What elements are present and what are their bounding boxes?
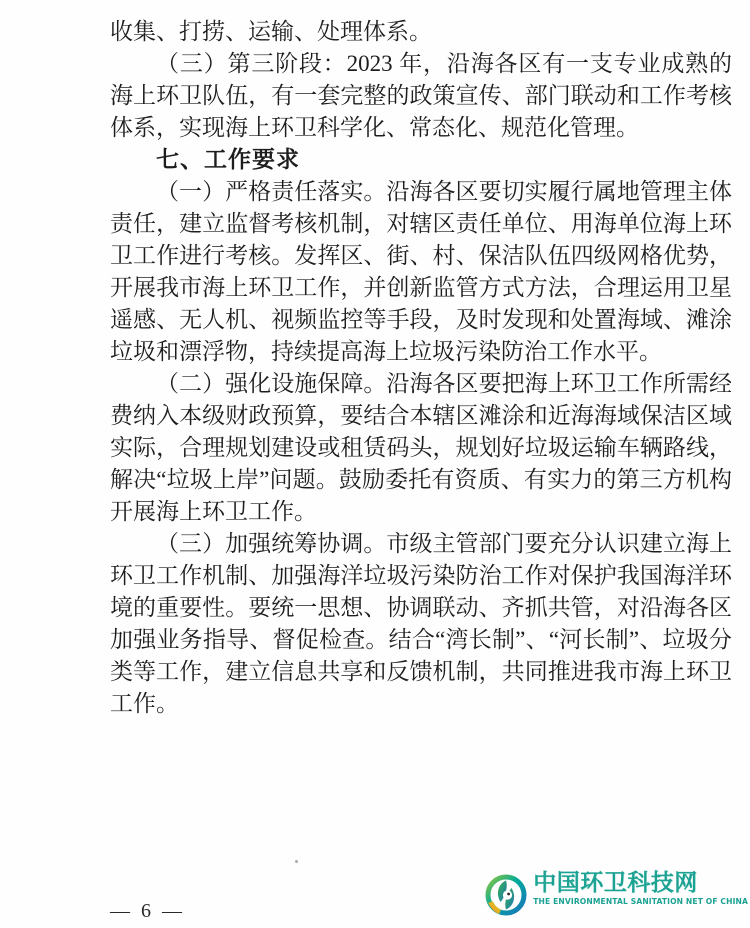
document-page: 收集、打捞、运输、处理体系。 （三）第三阶段：2023 年，沿海各区有一支专业成…	[0, 0, 750, 928]
logo-text-block: 中国环卫科技网 THE ENVIRONMENTAL SANITATION NET…	[533, 870, 748, 907]
logo-title-chinese: 中国环卫科技网	[533, 870, 748, 896]
scan-artifact-speck	[295, 860, 298, 863]
document-body: 收集、打捞、运输、处理体系。 （三）第三阶段：2023 年，沿海各区有一支专业成…	[110, 16, 732, 720]
paragraph-item-two: （二）强化设施保障。沿海各区要把海上环卫工作所需经费纳入本级财政预算，要结合本辖…	[110, 368, 732, 528]
paragraph-continuation: 收集、打捞、运输、处理体系。	[110, 16, 732, 48]
logo-ring-icon	[484, 873, 528, 922]
site-logo-watermark: 中国环卫科技网 THE ENVIRONMENTAL SANITATION NET…	[484, 870, 748, 922]
section-heading: 七、工作要求	[110, 144, 732, 176]
paragraph-stage-three: （三）第三阶段：2023 年，沿海各区有一支专业成熟的海上环卫队伍，有一套完整的…	[110, 48, 732, 144]
page-number: — 6 —	[110, 900, 185, 923]
paragraph-item-three: （三）加强统筹协调。市级主管部门要充分认识建立海上环卫工作机制、加强海洋垃圾污染…	[110, 528, 732, 720]
paragraph-item-one: （一）严格责任落实。沿海各区要切实履行属地管理主体责任，建立监督考核机制，对辖区…	[110, 176, 732, 368]
logo-subtitle-english: THE ENVIRONMENTAL SANITATION NET OF CHIN…	[533, 897, 748, 907]
